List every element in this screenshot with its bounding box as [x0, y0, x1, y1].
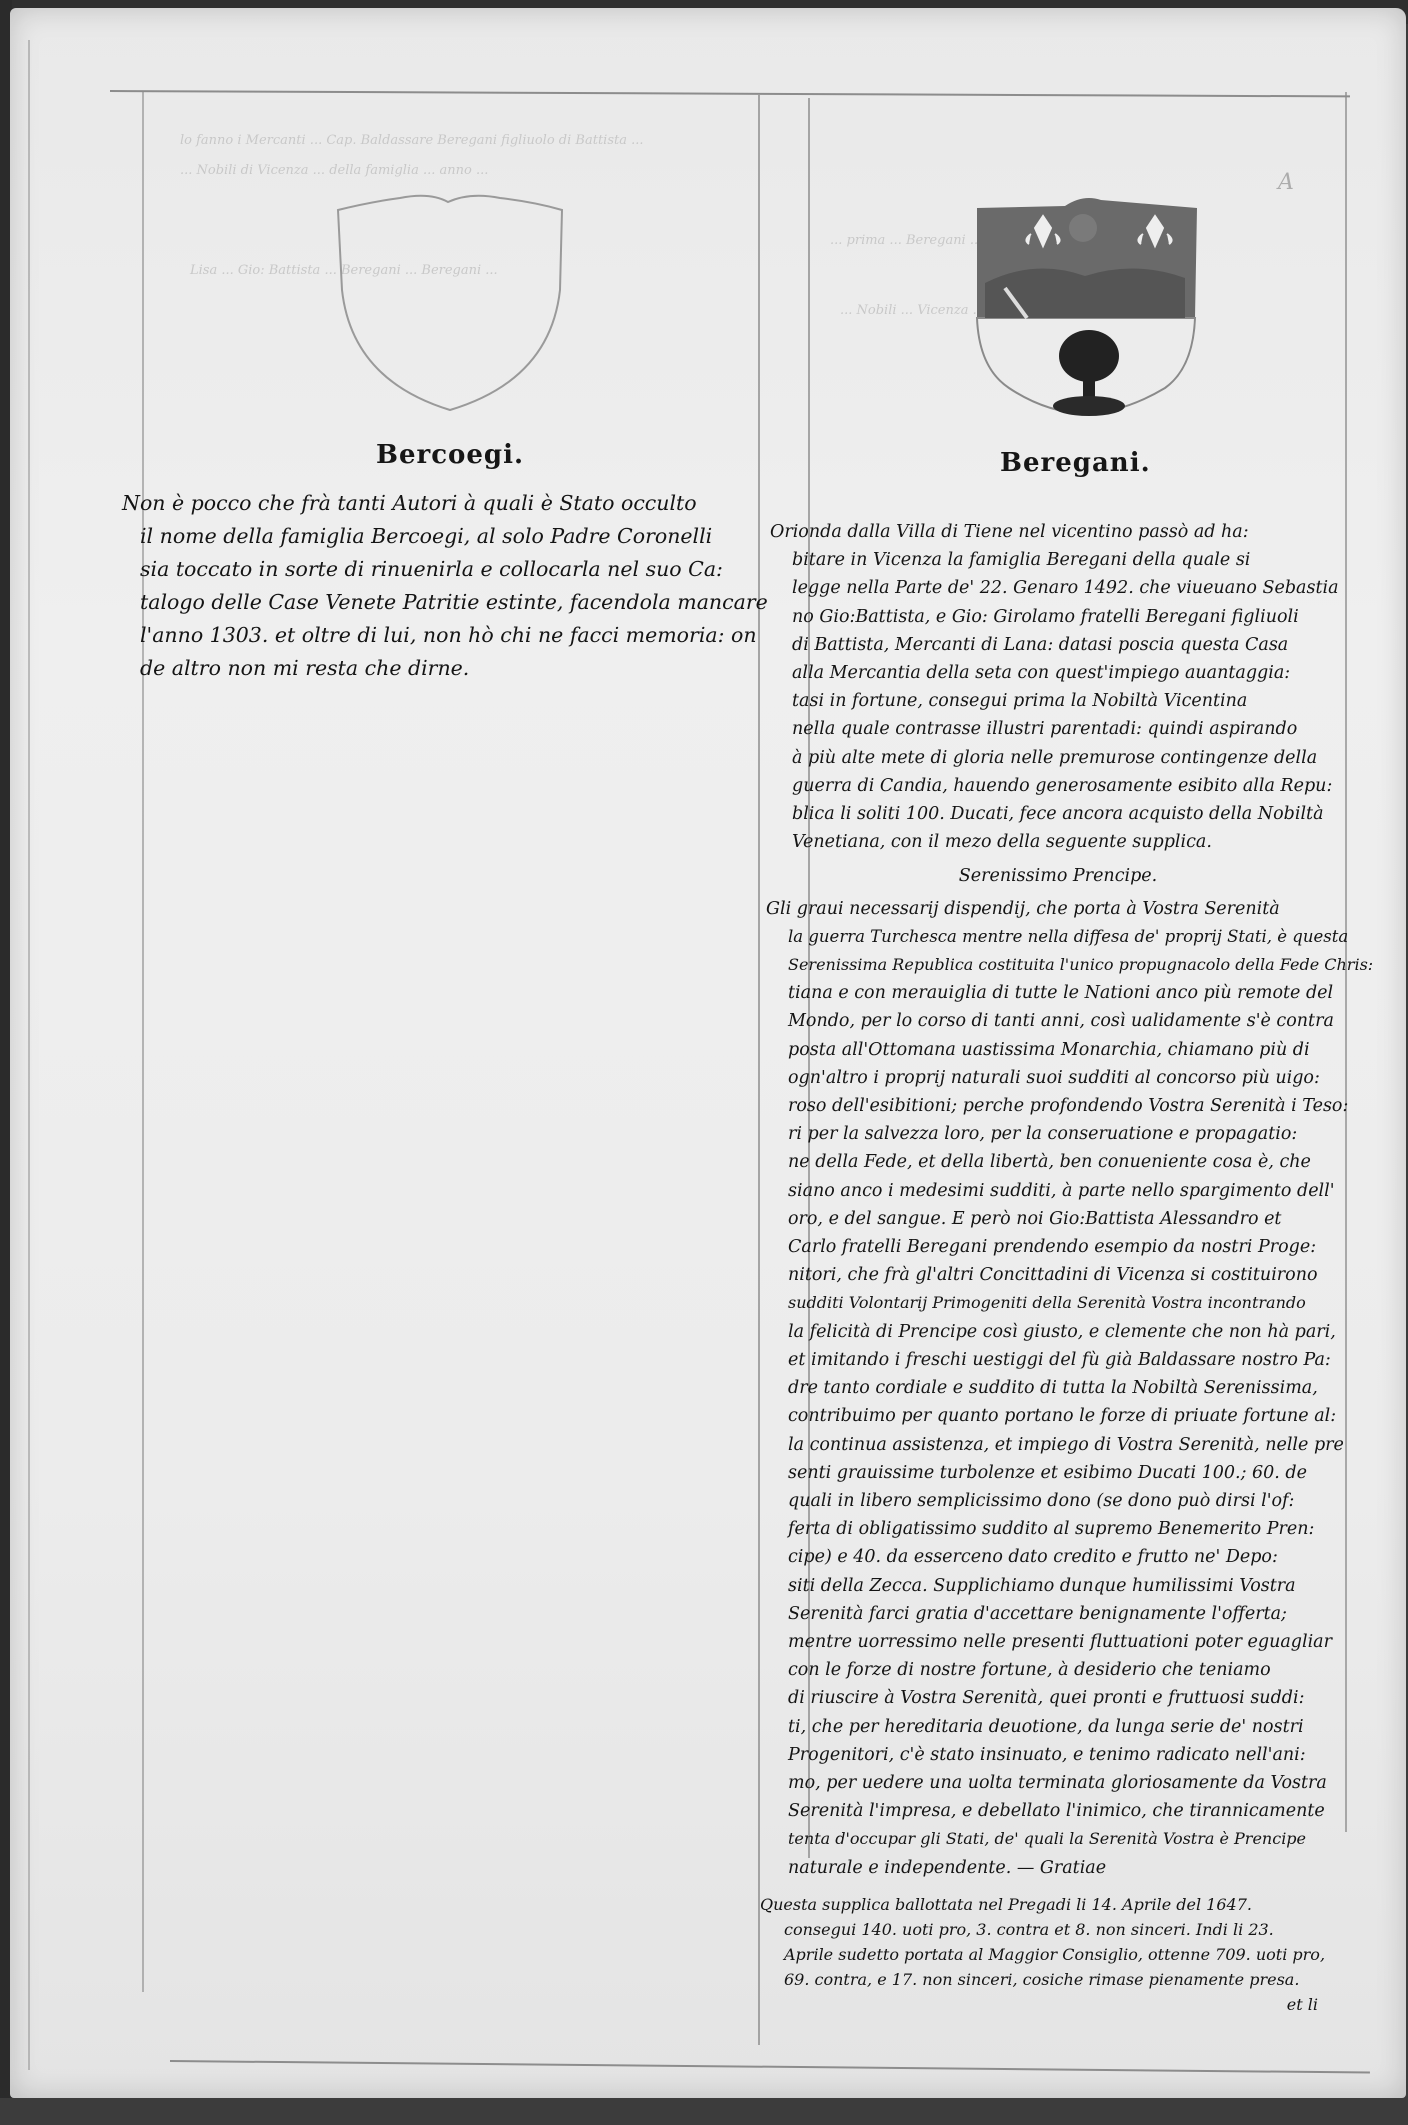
- family-heading-bercoegi: Bercoegi.: [376, 440, 524, 470]
- text-line: quali in libero semplicissimo dono (se d…: [778, 1487, 1338, 1515]
- text-line: ri per la salvezza loro, per la conserua…: [778, 1120, 1338, 1148]
- text-line: ti, che per hereditaria deuotione, da lu…: [778, 1713, 1338, 1741]
- text-line: tenta d'occupar gli Stati, de' quali la …: [778, 1825, 1338, 1853]
- text-line: sudditi Volontarij Primogeniti della Ser…: [778, 1289, 1338, 1317]
- text-line: alla Mercantia della seta con quest'impi…: [778, 659, 1338, 687]
- text-line: legge nella Parte de' 22. Genaro 1492. c…: [778, 574, 1338, 602]
- text-line: à più alte mete di gloria nelle premuros…: [778, 744, 1338, 772]
- bleed-through-text: ... Nobili ... Vicenza ...: [840, 300, 985, 322]
- beregani-intro: Orionda dalla Villa di Tiene nel vicenti…: [778, 518, 1338, 856]
- text-line: Questa supplica ballottata nel Pregadi l…: [760, 1892, 1338, 1917]
- text-line: consegui 140. uoti pro, 3. contra et 8. …: [778, 1917, 1338, 1942]
- ballot-note: Questa supplica ballottata nel Pregadi l…: [778, 1892, 1338, 2017]
- text-line: di riuscire à Vostra Serenità, quei pron…: [778, 1684, 1338, 1712]
- text-line: Progenitori, c'è stato insinuato, e teni…: [778, 1741, 1338, 1769]
- text-line: senti grauissime turbolenze et esibimo D…: [778, 1459, 1338, 1487]
- bleed-through-text: ... Nobili di Vicenza ... della famiglia…: [180, 160, 488, 182]
- coat-of-arms-icon: [965, 188, 1205, 418]
- text-line: ne della Fede, et della libertà, ben con…: [778, 1148, 1338, 1176]
- left-margin-rule: [142, 92, 144, 1992]
- text-line: nella quale contrasse illustri parentadi…: [778, 715, 1338, 743]
- text-line: de altro non mi resta che dirne.: [122, 652, 762, 685]
- text-line: Serenità farci gratia d'accettare benign…: [778, 1600, 1338, 1628]
- text-line: talogo delle Case Venete Patritie estint…: [122, 586, 762, 619]
- text-line: Serenissima Republica costituita l'unico…: [778, 951, 1338, 979]
- center-rule-left: [758, 95, 760, 2045]
- page-edge: [28, 40, 30, 2070]
- text-line: guerra di Candia, hauendo generosamente …: [778, 772, 1338, 800]
- empty-shield-icon: [330, 190, 570, 430]
- text-line: Aprile sudetto portata al Maggior Consig…: [778, 1942, 1338, 1967]
- text-line: con le forze di nostre fortune, à deside…: [778, 1656, 1338, 1684]
- supplica-title: Serenissimo Prencipe.: [778, 862, 1338, 890]
- faint-fragment: A: [1278, 170, 1294, 195]
- bercoegi-entry-text: Non è pocco che frà tanti Autori à quali…: [122, 487, 762, 685]
- text-line: roso dell'esibitioni; perche profondendo…: [778, 1092, 1338, 1120]
- scan-bottom-border: [0, 2098, 1408, 2125]
- family-heading-beregani: Beregani.: [1000, 448, 1151, 478]
- text-line: blica li soliti 100. Ducati, fece ancora…: [778, 800, 1338, 828]
- text-line: Orionda dalla Villa di Tiene nel vicenti…: [770, 518, 1338, 546]
- text-line: mentre uorressimo nelle presenti fluttua…: [778, 1628, 1338, 1656]
- text-line: la continua assistenza, et impiego di Vo…: [778, 1431, 1338, 1459]
- text-line: siano anco i medesimi sudditi, à parte n…: [778, 1177, 1338, 1205]
- text-line: nitori, che frà gl'altri Concittadini di…: [778, 1261, 1338, 1289]
- text-line: ogn'altro i proprij naturali suoi suddit…: [778, 1064, 1338, 1092]
- bleed-through-text: ... prima ... Beregani ...: [830, 230, 982, 252]
- beregani-entry-text: Orionda dalla Villa di Tiene nel vicenti…: [778, 518, 1338, 2017]
- text-line: no Gio:Battista, e Gio: Girolamo fratell…: [778, 603, 1338, 631]
- text-line: Carlo fratelli Beregani prendendo esempi…: [778, 1233, 1338, 1261]
- text-line: 69. contra, e 17. non sinceri, cosiche r…: [778, 1967, 1338, 1992]
- text-line: tasi in fortune, consegui prima la Nobil…: [778, 687, 1338, 715]
- text-line: contribuimo per quanto portano le forze …: [778, 1402, 1338, 1430]
- text-line: Serenità l'impresa, e debellato l'inimic…: [778, 1797, 1338, 1825]
- text-line: dre tanto cordiale e suddito di tutta la…: [778, 1374, 1338, 1402]
- text-line: ferta di obligatissimo suddito al suprem…: [778, 1515, 1338, 1543]
- text-line: Venetiana, con il mezo della seguente su…: [778, 828, 1338, 856]
- text-line: oro, e del sangue. E però noi Gio:Battis…: [778, 1205, 1338, 1233]
- text-line: et imitando i freschi uestiggi del fù gi…: [778, 1346, 1338, 1374]
- text-line: la guerra Turchesca mentre nella diffesa…: [778, 923, 1338, 951]
- text-line: siti della Zecca. Supplichiamo dunque hu…: [778, 1572, 1338, 1600]
- text-line: Mondo, per lo corso di tanti anni, così …: [778, 1007, 1338, 1035]
- text-line: di Battista, Mercanti di Lana: datasi po…: [778, 631, 1338, 659]
- text-line: sia toccato in sorte di rinuenirla e col…: [122, 553, 762, 586]
- text-line: tiana e con merauiglia di tutte le Natio…: [778, 979, 1338, 1007]
- text-line: l'anno 1303. et oltre di lui, non hò chi…: [122, 619, 762, 652]
- text-line: il nome della famiglia Bercoegi, al solo…: [122, 520, 762, 553]
- text-line: la felicità di Prencipe così giusto, e c…: [778, 1318, 1338, 1346]
- bleed-through-text: lo fanno i Mercanti ... Cap. Baldassare …: [180, 130, 644, 152]
- text-line: naturale e independente. — Gratiae: [778, 1854, 1338, 1882]
- supplica-text: Gli graui necessarij dispendij, che port…: [778, 895, 1338, 1882]
- text-line: posta all'Ottomana uastissima Monarchia,…: [778, 1036, 1338, 1064]
- text-line: et li: [778, 1992, 1338, 2017]
- text-line: Non è pocco che frà tanti Autori à quali…: [122, 487, 762, 520]
- text-line: mo, per uedere una uolta terminata glori…: [778, 1769, 1338, 1797]
- text-line: cipe) e 40. da esserceno dato credito e …: [778, 1543, 1338, 1571]
- text-line: bitare in Vicenza la famiglia Beregani d…: [778, 546, 1338, 574]
- text-line: Gli graui necessarij dispendij, che port…: [766, 895, 1338, 923]
